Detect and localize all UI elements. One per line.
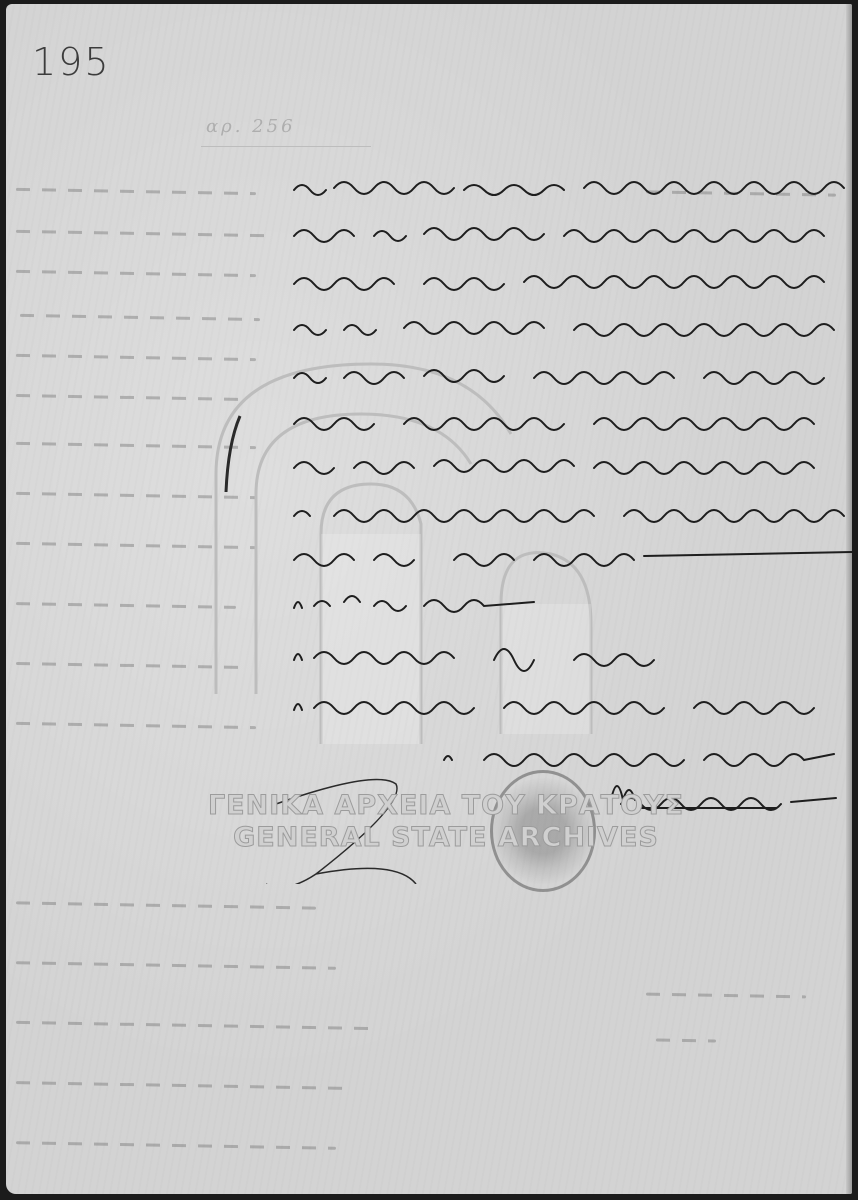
signature-title-line [444,742,834,772]
handwritten-line [294,406,842,436]
signature [591,780,836,810]
handwritten-line [294,450,842,480]
handwritten-line [294,690,814,720]
handwritten-line [294,266,842,296]
flourish-stroke [256,764,456,884]
ink-blot-mark [224,414,244,494]
handwritten-line [294,542,852,572]
handwritten-line [294,640,674,670]
handwritten-line [294,360,842,390]
document-page: 195 αρ. 256 [6,4,852,1194]
handwritten-line [294,498,852,528]
handwritten-line [294,588,574,618]
handwritten-line [294,312,842,342]
handwritten-line [294,172,842,202]
official-seal [490,770,596,892]
handwritten-line [294,218,842,248]
